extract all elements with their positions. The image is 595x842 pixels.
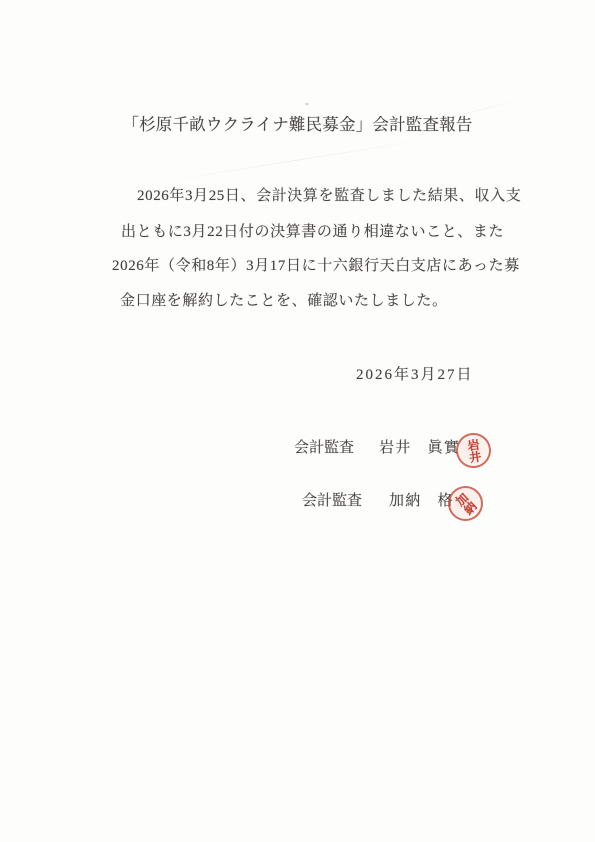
stamp-text: 岩井 xyxy=(466,438,482,464)
signature-name: 岩井 眞實 xyxy=(379,436,460,457)
signature-row-auditor-1: 会計監査 岩井 眞實 xyxy=(294,436,460,457)
scan-speck xyxy=(305,103,309,105)
document-date: 2026年3月27日 xyxy=(356,363,474,384)
body-line-1: 2026年3月25日、会計決算を監査しました結果、収入支 xyxy=(137,184,521,205)
body-line-3: 2026年（令和8年）3月17日に十六銀行天白支店にあった募 xyxy=(112,254,520,275)
signature-name: 加納 格 xyxy=(389,489,454,510)
signature-role: 会計監査 xyxy=(294,436,354,457)
stamp-text: 加納 xyxy=(453,490,479,516)
signature-row-auditor-2: 会計監査 加納 格 xyxy=(302,489,454,510)
document-title: 「杉原千畝ウクライナ難民募金」会計監査報告 xyxy=(0,111,595,135)
body-line-4: 金口座を解約したことを、確認いたしました。 xyxy=(120,289,448,310)
scanned-document-page: 「杉原千畝ウクライナ難民募金」会計監査報告 2026年3月25日、会計決算を監査… xyxy=(0,0,595,842)
signature-role: 会計監査 xyxy=(302,489,362,510)
body-line-2: 出ともに3月22日付の決算書の通り相違ないこと、また xyxy=(121,220,504,241)
hanko-stamp-icon: 加納 xyxy=(448,486,483,521)
scan-artifact-line xyxy=(152,137,439,183)
